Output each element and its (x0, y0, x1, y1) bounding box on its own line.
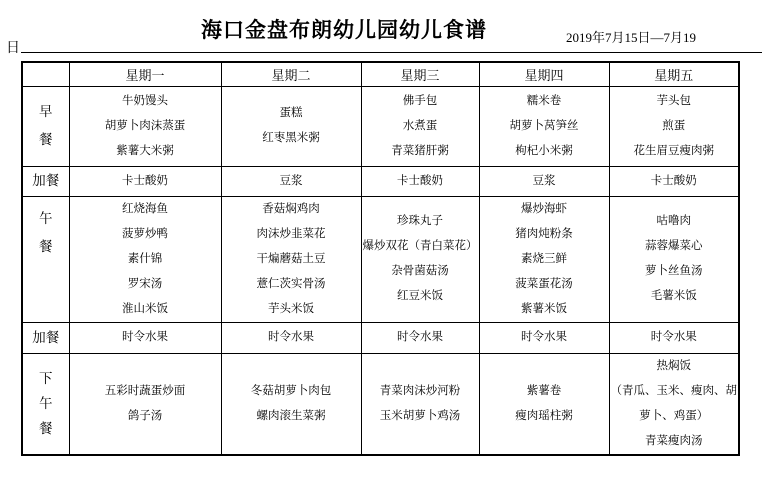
menu-cell: 红烧海鱼菠萝炒鸭素什锦罗宋汤淮山米饭 (69, 196, 221, 322)
day-header-row: 星期一星期二星期三星期四星期五 (22, 62, 739, 86)
menu-item: 干煸蘑菇土豆 (223, 247, 360, 272)
menu-item: 紫薯米饭 (481, 297, 608, 322)
meal-row-snack-pm: 加餐时令水果时令水果时令水果时令水果时令水果 (22, 322, 739, 353)
menu-item: 糯米卷 (481, 89, 608, 114)
meal-row-breakfast: 早餐牛奶馒头胡萝卜肉沫蒸蛋紫薯大米粥蛋糕红枣黑米粥佛手包水煮蛋青菜猪肝粥糯米卷胡… (22, 86, 739, 166)
menu-cell: 时令水果 (69, 322, 221, 353)
meal-label-cell: 早餐 (22, 86, 69, 166)
menu-item: 紫薯大米粥 (71, 139, 220, 164)
menu-item: 时令水果 (611, 325, 738, 350)
menu-item: 罗宋汤 (71, 272, 220, 297)
menu-cell: 卡士酸奶 (609, 166, 739, 196)
menu-cell: 紫薯卷瘦肉瑶柱粥 (479, 353, 609, 455)
menu-item: 胡萝卜肉沫蒸蛋 (71, 114, 220, 139)
menu-item: 芋头米饭 (223, 297, 360, 322)
menu-cell: 佛手包水煮蛋青菜猪肝粥 (361, 86, 479, 166)
menu-item: （青瓜、玉米、瘦肉、胡萝卜、鸡蛋） (611, 379, 738, 429)
menu-item: 卡士酸奶 (611, 169, 738, 194)
meal-label-line: 早 (24, 98, 68, 126)
menu-item: 豆浆 (223, 169, 360, 194)
menu-item: 时令水果 (363, 325, 478, 350)
meal-label-line: 餐 (24, 126, 68, 154)
meal-label-cell: 午餐 (22, 196, 69, 322)
menu-cell: 珍珠丸子爆炒双花（青白菜花）杂骨菌菇汤红豆米饭 (361, 196, 479, 322)
menu-item: 瘦肉瑶柱粥 (481, 404, 608, 429)
menu-cell: 芋头包煎蛋花生眉豆瘦肉粥 (609, 86, 739, 166)
meal-label-line: 午 (24, 391, 68, 416)
menu-item: 素烧三鲜 (481, 247, 608, 272)
meal-label-cell: 加餐 (22, 322, 69, 353)
menu-item: 香菇焖鸡肉 (223, 197, 360, 222)
menu-item: 芋头包 (611, 89, 738, 114)
menu-item: 鸽子汤 (71, 404, 220, 429)
meal-label-line: 午 (24, 205, 68, 233)
menu-cell: 糯米卷胡萝卜莴笋丝枸杞小米粥 (479, 86, 609, 166)
meal-label-cell: 加餐 (22, 166, 69, 196)
menu-item: 五彩时蔬蛋炒面 (71, 379, 220, 404)
day-header-1: 星期一 (69, 62, 221, 86)
menu-item: 肉沫炒韭菜花 (223, 222, 360, 247)
menu-item: 螺肉滚生菜粥 (223, 404, 360, 429)
meal-label-line: 加餐 (24, 324, 68, 352)
day-header-4: 星期四 (479, 62, 609, 86)
menu-item: 素什锦 (71, 247, 220, 272)
menu-cell: 卡士酸奶 (69, 166, 221, 196)
day-header-5: 星期五 (609, 62, 739, 86)
menu-cell: 爆炒海虾猪肉炖粉条素烧三鲜菠菜蛋花汤紫薯米饭 (479, 196, 609, 322)
menu-item: 蛋糕 (223, 101, 360, 126)
meal-row-snack-am: 加餐卡士酸奶豆浆卡士酸奶豆浆卡士酸奶 (22, 166, 739, 196)
menu-cell: 咕噜肉蒜蓉爆菜心萝卜丝鱼汤毛薯米饭 (609, 196, 739, 322)
menu-item: 爆炒双花（青白菜花） (363, 234, 478, 259)
menu-table-head: 星期一星期二星期三星期四星期五 (22, 62, 739, 86)
meal-label-line: 餐 (24, 233, 68, 261)
menu-cell: 时令水果 (479, 322, 609, 353)
menu-cell: 牛奶馒头胡萝卜肉沫蒸蛋紫薯大米粥 (69, 86, 221, 166)
menu-item: 猪肉炖粉条 (481, 222, 608, 247)
menu-item: 卡士酸奶 (363, 169, 478, 194)
day-header-3: 星期三 (361, 62, 479, 86)
menu-cell: 豆浆 (479, 166, 609, 196)
menu-table: 星期一星期二星期三星期四星期五 早餐牛奶馒头胡萝卜肉沫蒸蛋紫薯大米粥蛋糕红枣黑米… (21, 61, 740, 456)
menu-item: 薏仁茨实骨汤 (223, 272, 360, 297)
menu-item: 佛手包 (363, 89, 478, 114)
meal-label-line: 餐 (24, 416, 68, 441)
menu-cell: 冬菇胡萝卜肉包螺肉滚生菜粥 (221, 353, 361, 455)
date-range: 2019年7月15日—7月19 (566, 27, 696, 46)
menu-item: 花生眉豆瘦肉粥 (611, 139, 738, 164)
menu-item: 青菜瘦肉汤 (611, 429, 738, 454)
menu-cell: 五彩时蔬蛋炒面鸽子汤 (69, 353, 221, 455)
menu-cell: 蛋糕红枣黑米粥 (221, 86, 361, 166)
meal-label-line: 下 (24, 366, 68, 391)
menu-item: 卡士酸奶 (71, 169, 220, 194)
date-wrap-char: 日 (6, 37, 20, 57)
menu-item: 热焖饭 (611, 354, 738, 379)
menu-item: 红枣黑米粥 (223, 126, 360, 151)
menu-item: 豆浆 (481, 169, 608, 194)
menu-item: 牛奶馒头 (71, 89, 220, 114)
menu-cell: 青菜肉沫炒河粉玉米胡萝卜鸡汤 (361, 353, 479, 455)
menu-item: 冬菇胡萝卜肉包 (223, 379, 360, 404)
menu-item: 紫薯卷 (481, 379, 608, 404)
menu-item: 淮山米饭 (71, 297, 220, 322)
menu-item: 胡萝卜莴笋丝 (481, 114, 608, 139)
menu-item: 水煮蛋 (363, 114, 478, 139)
menu-table-body: 早餐牛奶馒头胡萝卜肉沫蒸蛋紫薯大米粥蛋糕红枣黑米粥佛手包水煮蛋青菜猪肝粥糯米卷胡… (22, 86, 739, 455)
corner-cell (22, 62, 69, 86)
meal-row-lunch: 午餐红烧海鱼菠萝炒鸭素什锦罗宋汤淮山米饭香菇焖鸡肉肉沫炒韭菜花干煸蘑菇土豆薏仁茨… (22, 196, 739, 322)
menu-cell: 香菇焖鸡肉肉沫炒韭菜花干煸蘑菇土豆薏仁茨实骨汤芋头米饭 (221, 196, 361, 322)
menu-item: 杂骨菌菇汤 (363, 259, 478, 284)
menu-item: 玉米胡萝卜鸡汤 (363, 404, 478, 429)
menu-cell: 豆浆 (221, 166, 361, 196)
menu-cell: 时令水果 (361, 322, 479, 353)
menu-item: 毛薯米饭 (611, 284, 738, 309)
menu-item: 枸杞小米粥 (481, 139, 608, 164)
meal-label-line: 加餐 (24, 167, 68, 195)
menu-item: 萝卜丝鱼汤 (611, 259, 738, 284)
menu-item: 时令水果 (71, 325, 220, 350)
menu-item: 红烧海鱼 (71, 197, 220, 222)
menu-item: 时令水果 (481, 325, 608, 350)
day-header-2: 星期二 (221, 62, 361, 86)
menu-item: 菠菜蛋花汤 (481, 272, 608, 297)
menu-item: 时令水果 (223, 325, 360, 350)
menu-item: 珍珠丸子 (363, 209, 478, 234)
menu-item: 红豆米饭 (363, 284, 478, 309)
menu-item: 青菜肉沫炒河粉 (363, 379, 478, 404)
menu-cell: 时令水果 (609, 322, 739, 353)
menu-item: 蒜蓉爆菜心 (611, 234, 738, 259)
menu-item: 爆炒海虾 (481, 197, 608, 222)
menu-item: 青菜猪肝粥 (363, 139, 478, 164)
menu-item: 菠萝炒鸭 (71, 222, 220, 247)
menu-cell: 热焖饭（青瓜、玉米、瘦肉、胡萝卜、鸡蛋）青菜瘦肉汤 (609, 353, 739, 455)
date-underline (21, 52, 762, 53)
meal-label-cell: 下午餐 (22, 353, 69, 455)
meal-row-dinner: 下午餐五彩时蔬蛋炒面鸽子汤冬菇胡萝卜肉包螺肉滚生菜粥青菜肉沫炒河粉玉米胡萝卜鸡汤… (22, 353, 739, 455)
menu-cell: 卡士酸奶 (361, 166, 479, 196)
menu-cell: 时令水果 (221, 322, 361, 353)
page: 海口金盘布朗幼儿园幼儿食谱 2019年7月15日—7月19 日 星期一星期二星期… (0, 0, 763, 478)
menu-item: 煎蛋 (611, 114, 738, 139)
menu-item: 咕噜肉 (611, 209, 738, 234)
